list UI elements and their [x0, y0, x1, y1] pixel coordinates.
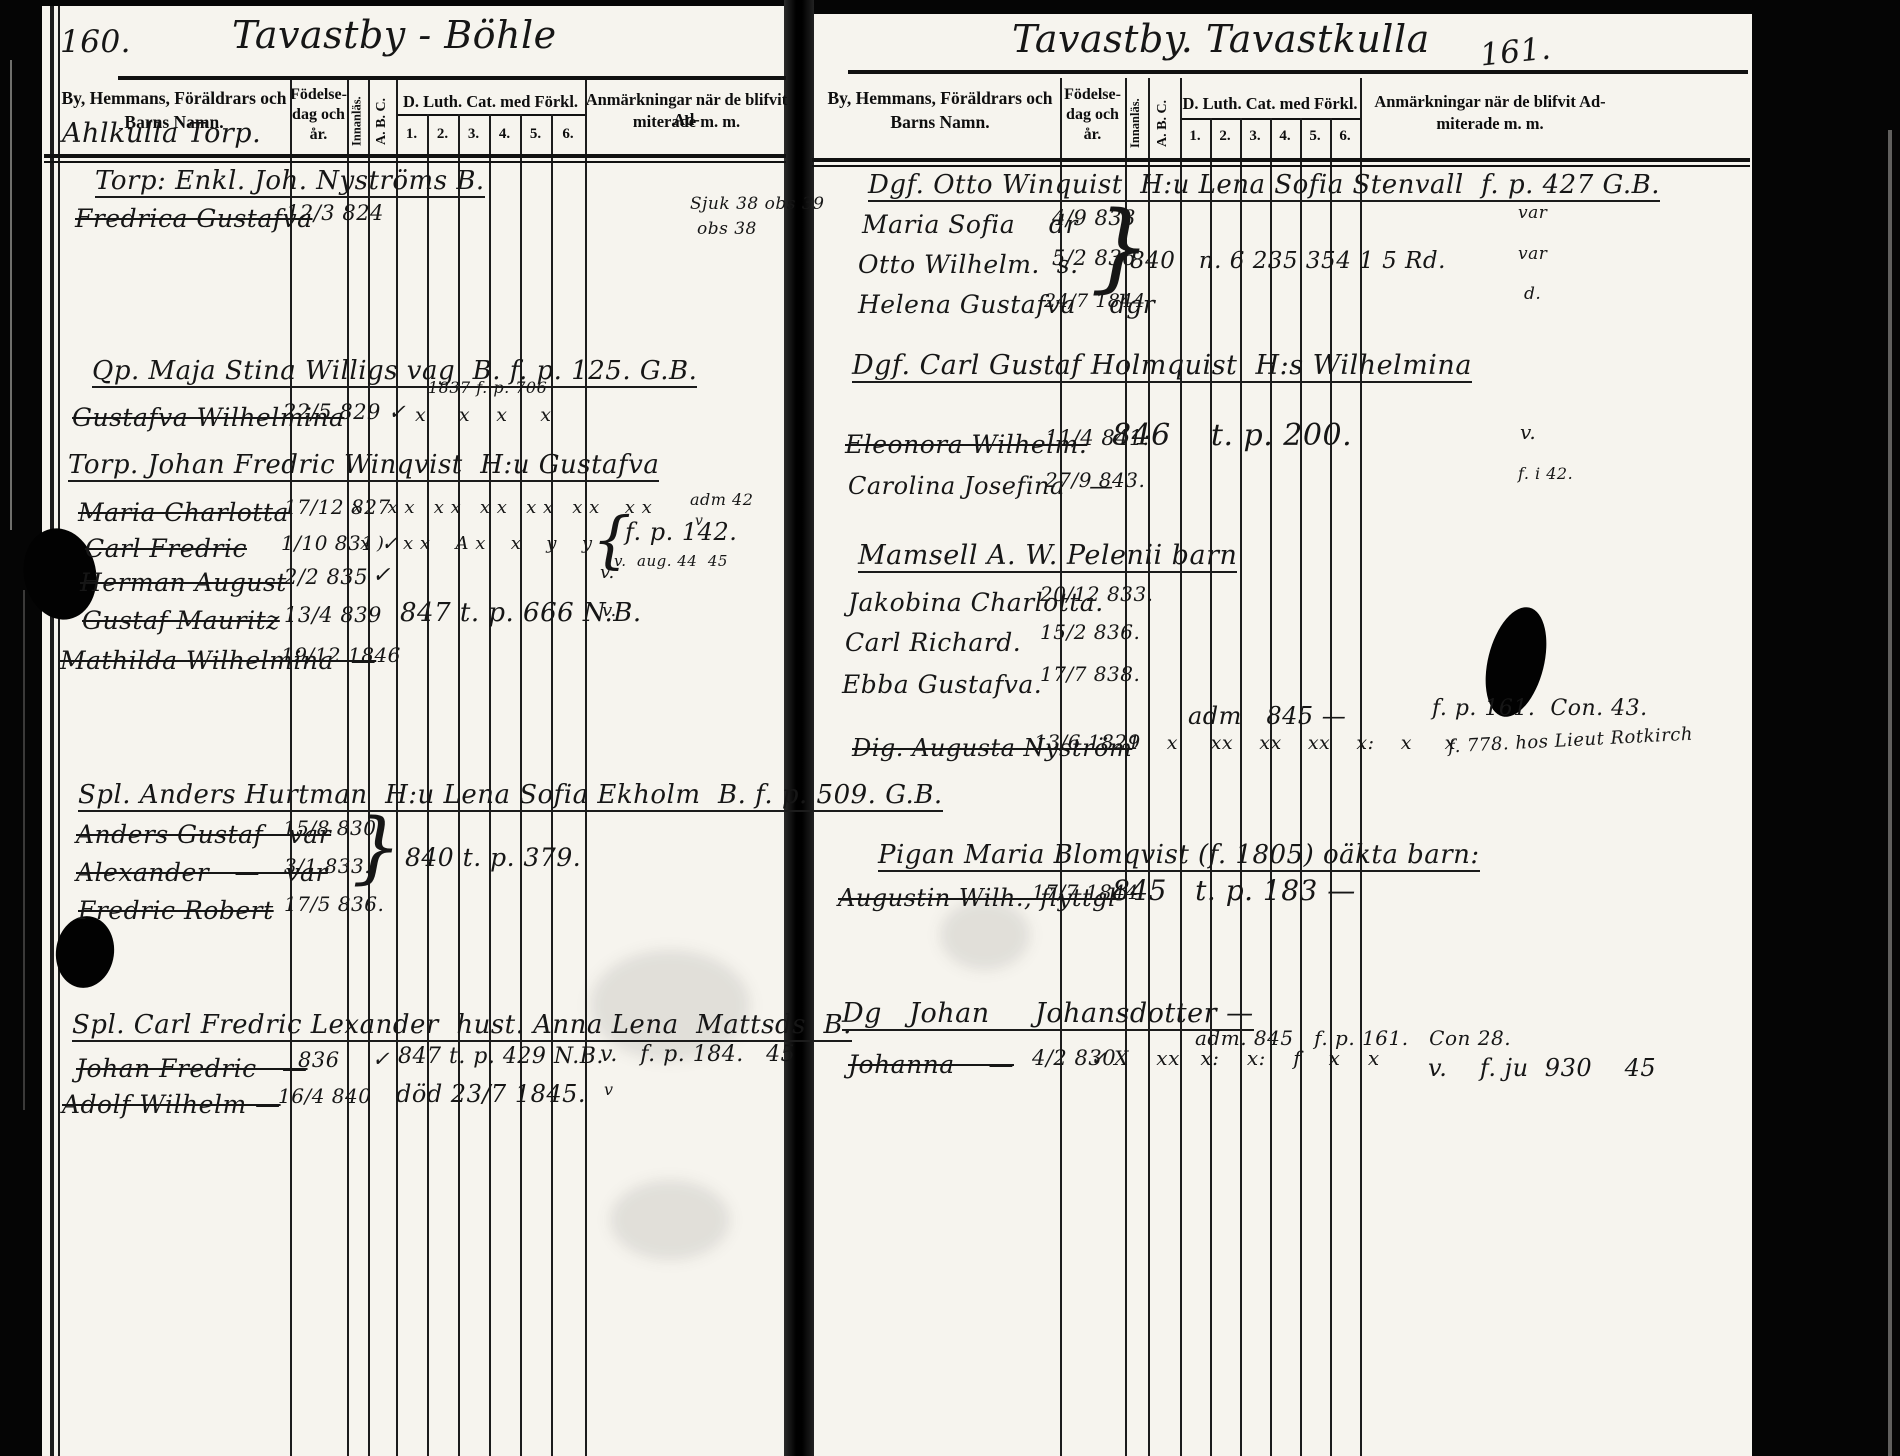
- entry-name: Maria Charlotta: [78, 500, 289, 526]
- header-separator: [812, 165, 1750, 167]
- header-separator: [44, 161, 786, 163]
- entry-remark: d.: [1524, 286, 1541, 304]
- catechism-col-6: 6.: [551, 126, 585, 143]
- entry-note: adm 845 —: [1188, 704, 1346, 729]
- entry-heading: Spl. Anders Hurtman H:u Lena Sofia Ekhol…: [78, 782, 943, 812]
- entry-remark: adm 42: [690, 492, 753, 509]
- entry-birth: 3/1 833.: [284, 856, 371, 877]
- column-header-birth: Födelse-: [1060, 86, 1125, 104]
- entry-name: Carl Fredric: [85, 536, 247, 562]
- entry-marks: x x x x: [415, 406, 551, 426]
- gutter: [784, 0, 814, 1456]
- catechism-col-1: 1.: [1180, 128, 1210, 145]
- column-line: [1060, 78, 1062, 1456]
- entry-heading: Torp: Enkl. Joh. Nyströms B.: [95, 168, 485, 198]
- catechism-col-3: 3.: [458, 126, 489, 143]
- column-line: [290, 80, 292, 1456]
- entry-heading: Spl. Carl Fredric Lexander hust. Anna Le…: [72, 1012, 852, 1042]
- column-header-birth: år.: [290, 126, 347, 144]
- entry-name: Carl Richard.: [845, 630, 1021, 656]
- column-line: [1360, 78, 1362, 1456]
- entry-remark: f. i 42.: [1518, 466, 1573, 483]
- entry-name: Gustaf Mauritz: [82, 608, 280, 634]
- entry-name: Ebba Gustafva.: [842, 672, 1042, 698]
- entry-birth: 20/12 833.: [1040, 584, 1154, 605]
- entry-note: adm. 845 f. p. 161. Con 28.: [1195, 1028, 1511, 1049]
- column-header-remarks: miterade m. m.: [1360, 114, 1620, 134]
- column-header-names: By, Hemmans, Föräldrars och: [826, 88, 1054, 109]
- entry-marks: 1 x xx xx xx x: x x: [1128, 734, 1456, 754]
- entry-heading: Pigan Maria Blomqvist (f. 1805) oäkta ba…: [878, 842, 1480, 872]
- column-line: [1210, 118, 1212, 1456]
- page-number: 161.: [1479, 32, 1553, 71]
- entry-heading: Dg Johan Johansdotter —: [842, 1000, 1254, 1031]
- column-header-remarks: Anmärkningar när de blifvit Ad-: [1360, 92, 1620, 112]
- entry-name: Herman August: [80, 570, 287, 596]
- title-rule: [118, 76, 786, 80]
- entry-note: 846 t. p. 200.: [1112, 420, 1352, 451]
- entry-remark: v.: [1520, 422, 1536, 443]
- column-header-abc: A. B. C.: [368, 84, 396, 158]
- column-line: [585, 80, 587, 1456]
- column-header-names: By, Hemmans, Föräldrars och: [60, 88, 288, 109]
- page-title: Tavastby - Böhle: [232, 16, 557, 56]
- entry-birth: 17/7 838.: [1040, 664, 1140, 685]
- catechism-col-3: 3.: [1240, 128, 1270, 145]
- column-line: [347, 80, 349, 1456]
- column-header-abc: A. B. C.: [1148, 86, 1178, 160]
- entry-remark: v. aug. 44 45: [614, 554, 728, 570]
- entry-note: 1837 f. p. 706: [428, 380, 547, 397]
- header-separator: [812, 158, 1750, 162]
- entry-heading: Dgf. Otto Winquist H:u Lena Sofia Stenva…: [868, 172, 1660, 202]
- title-rule: [848, 70, 1748, 74]
- entry-name: Fredric Robert: [78, 898, 274, 924]
- column-line: [1180, 78, 1182, 1456]
- entry-birth: 13/4 839: [284, 605, 382, 627]
- column-line: [1300, 118, 1302, 1456]
- entry-birth: 13/6 1829: [1034, 732, 1141, 753]
- header-separator: [44, 154, 786, 158]
- entry-marks: ✓: [372, 1049, 390, 1071]
- entry-birth: 15/2 836.: [1040, 622, 1140, 643]
- entry-remark: f. p. 142.: [625, 520, 737, 545]
- column-line: [368, 80, 370, 1456]
- entry-birth: 22/5 829 ✓: [283, 402, 406, 424]
- entry-birth: 16/4 840: [278, 1086, 371, 1107]
- column-header-birth: dag och: [290, 106, 347, 124]
- catechism-col-4: 4.: [1270, 128, 1300, 145]
- entry-birth: 27/9 843.: [1045, 470, 1145, 491]
- entry-birth: 17/5 836.: [284, 894, 384, 915]
- column-line: [396, 80, 398, 1456]
- entry-name: Johanna —: [848, 1052, 1014, 1078]
- column-header-names: Barns Namn.: [826, 112, 1054, 133]
- entry-birth: 24/7 1844: [1044, 292, 1146, 312]
- page-number: 160.: [60, 26, 131, 58]
- entry-note: 847 t. p. 429 N.B.: [398, 1046, 604, 1069]
- entry-remark: v.: [600, 564, 615, 583]
- entry-remark: f. p. 161. Con. 43.: [1432, 698, 1648, 721]
- entry-name: Otto Wilhelm. s.: [858, 252, 1079, 278]
- entry-remark: obs 38: [697, 221, 757, 239]
- column-line: [1240, 118, 1242, 1456]
- pencil-smudge: [610, 1180, 730, 1260]
- entry-marks: ✓ X xx x: x: f x x: [1090, 1048, 1380, 1069]
- column-header-birth: dag och: [1060, 106, 1125, 124]
- catechism-col-6: 6.: [1330, 128, 1360, 145]
- entry-birth: 5/2 836: [1052, 248, 1136, 270]
- column-header-catechism: D. Luth. Cat. med Förkl.: [1180, 94, 1360, 114]
- catechism-col-4: 4.: [489, 126, 520, 143]
- entry-birth: 2/2 835: [284, 567, 368, 589]
- entry-remark: var: [1518, 246, 1547, 264]
- entry-remark: Sjuk 38 obs 39: [690, 196, 824, 214]
- column-header-catechism: D. Luth. Cat. med Förkl.: [396, 92, 585, 112]
- page-edge-line: [50, 6, 54, 1456]
- entry-heading: Mamsell A. W. Pelenii barn: [858, 542, 1237, 573]
- column-header-birth: Födelse-: [290, 86, 347, 104]
- entry-birth: 12/3 824: [286, 203, 384, 225]
- scan-streak: [1888, 130, 1892, 1456]
- column-header-innanlas: Innanläs.: [1124, 86, 1147, 160]
- entry-name: Johan Fredric —: [76, 1056, 308, 1082]
- entry-name: Fredrica Gustafva: [75, 206, 313, 232]
- catechism-col-2: 2.: [427, 126, 458, 143]
- catechism-col-5: 5.: [1300, 128, 1330, 145]
- entry-name: Adolf Wilhelm —: [62, 1092, 281, 1118]
- column-line: [1330, 118, 1332, 1456]
- entry-remark: v. f. p. 184. 45: [600, 1044, 795, 1067]
- entry-birth: 836: [298, 1050, 340, 1072]
- catechism-col-2: 2.: [1210, 128, 1240, 145]
- entry-heading: Dgf. Carl Gustaf Holmquist H:s Wilhelmin…: [852, 352, 1472, 383]
- entry-remark: v.: [602, 602, 617, 621]
- entry-note: 840 n. 6 235 354 1 5 Rd.: [1130, 250, 1446, 274]
- column-line: [1270, 118, 1272, 1456]
- column-header-innanlas: Innanläs.: [346, 84, 368, 158]
- column-header-remarks: miterade m. m.: [585, 112, 788, 132]
- entry-remark: v: [604, 1082, 614, 1099]
- entry-marks: x ) x x A x x y y: [360, 535, 593, 554]
- entry-remark: var: [1518, 205, 1547, 223]
- column-header-birth: år.: [1060, 126, 1125, 144]
- entry-remark: v. f. ju 930 45: [1428, 1056, 1656, 1081]
- entry-note: 840 t. p. 379.: [405, 845, 581, 871]
- entry-name: Maria Sofia dr: [862, 212, 1078, 238]
- scan-streak: [23, 590, 25, 1110]
- entry-heading: Torp. Johan Fredric Winqvist H:u Gustafv…: [68, 452, 659, 482]
- entry-note: död 23/7 1845.: [396, 1082, 586, 1107]
- scan-streak: [10, 60, 12, 530]
- entry-birth: 19/12 1846: [281, 645, 401, 666]
- section-heading: Ahlkulla Torp.: [62, 120, 261, 148]
- entry-heading: Qp. Maja Stina Willigs vag B. f. p. 125.…: [92, 358, 697, 388]
- entry-marks: ✓: [372, 565, 391, 588]
- catechism-col-5: 5.: [520, 126, 551, 143]
- entry-note: 845 t. p. 183 —: [1112, 876, 1356, 905]
- page-title: Tavastby. Tavastkulla: [1012, 20, 1430, 60]
- book-scan: 160. Tavastby - Böhle By, Hemmans, Föräl…: [0, 0, 1900, 1456]
- catechism-col-1: 1.: [396, 126, 427, 143]
- table-left-border: [58, 6, 60, 1456]
